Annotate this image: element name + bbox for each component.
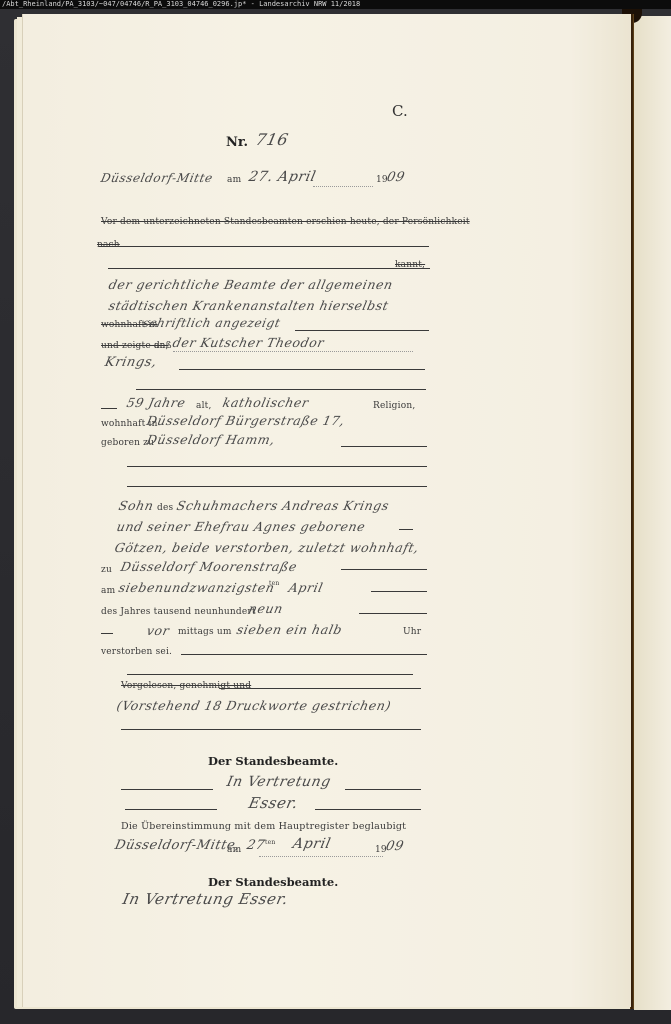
signature-line-1: In Vertretung xyxy=(225,774,332,790)
date-dotted-line xyxy=(313,186,373,187)
parents-sohn: Sohn xyxy=(117,498,155,513)
deceased-line-2: Krings, xyxy=(103,355,158,370)
standesbeamte-heading-2: Der Standesbeamte. xyxy=(208,875,338,889)
birthplace-value: Düsseldorf Hamm, xyxy=(145,432,276,447)
verstorben-label: verstorben sei. xyxy=(101,647,172,657)
death-day-suffix: ten xyxy=(269,580,279,587)
rule-line xyxy=(295,330,429,331)
section-letter: C. xyxy=(392,102,408,120)
death-place: Düsseldorf Moorenstraße xyxy=(119,559,298,574)
religion-value: katholischer xyxy=(221,395,310,410)
rule-line xyxy=(181,654,427,655)
cert-year-suffix: 09 xyxy=(384,839,405,854)
rule-line xyxy=(99,246,429,247)
record-number-label: Nr. xyxy=(226,135,248,150)
register-page: C. Nr. 716 Düsseldorf-Mitte am 27. April… xyxy=(22,14,631,1007)
rule-line xyxy=(127,674,413,675)
intro-struck-text: Vor dem unterzeichneten Standesbeamten e… xyxy=(101,217,470,227)
death-day: siebenundzwanzigsten xyxy=(117,580,276,595)
rule-line xyxy=(359,613,427,614)
cert-day-suffix: ten xyxy=(265,839,275,846)
kannt-struck: kannt, xyxy=(395,260,425,270)
cert-month: April xyxy=(291,836,332,852)
rule-line xyxy=(341,569,427,570)
uhr-label: Uhr xyxy=(403,627,421,637)
rule-line xyxy=(371,591,427,592)
mittags-label: mittags um xyxy=(178,627,232,637)
parents-line-2: und seiner Ehefrau Agnes geborene xyxy=(115,519,367,534)
date-value: 27. April xyxy=(247,169,317,185)
rule-line xyxy=(136,389,426,390)
dass-label: daß xyxy=(154,341,172,351)
rule-line xyxy=(121,789,213,790)
rule-line xyxy=(345,789,421,790)
vormittags-prefix: vor xyxy=(145,623,171,638)
dash xyxy=(399,529,413,530)
des-label: des xyxy=(157,503,173,513)
deceased-line-1: der Kutscher Theodor xyxy=(171,335,325,350)
dotted-line xyxy=(173,351,413,352)
certification-text: Die Übereinstimmung mit dem Hauptregiste… xyxy=(121,821,406,832)
rule-line xyxy=(125,809,217,810)
rule-line xyxy=(315,809,421,810)
jahres-label: des Jahres tausend neunhundert xyxy=(101,607,256,617)
informant-line-3: schriftlich angezeigt xyxy=(142,316,282,330)
informant-line-2: städtischen Krankenanstalten hierselbst xyxy=(107,298,390,313)
death-month: April xyxy=(287,580,324,595)
residence-value: Düsseldorf Bürgerstraße 17, xyxy=(145,413,346,428)
rule-line xyxy=(219,688,421,689)
record-number-value: 716 xyxy=(254,130,290,149)
standesbeamte-heading: Der Standesbeamte. xyxy=(208,754,338,768)
cert-day: 27 xyxy=(245,838,266,853)
rule-line xyxy=(127,466,427,467)
am-label-2: am xyxy=(101,586,115,596)
rule-line xyxy=(179,369,425,370)
zu-label: zu xyxy=(101,565,112,575)
death-time: sieben ein halb xyxy=(235,622,343,637)
death-year-words: neun xyxy=(247,601,284,616)
nach-struck: nach xyxy=(97,240,120,250)
dotted-line xyxy=(259,856,383,857)
remark: (Vorstehend 18 Druckworte gestrichen) xyxy=(115,698,392,713)
alt-label: alt, xyxy=(196,401,212,411)
cert-signature: In Vertretung Esser. xyxy=(121,890,290,908)
dash xyxy=(101,633,113,634)
parents-line-3: Götzen, beide verstorben, zuletzt wohnha… xyxy=(113,540,420,555)
cert-place: Düsseldorf-Mitte, xyxy=(113,838,241,853)
window-title: /Abt_Rheinland/PA_3103/~047/04746/R_PA_3… xyxy=(0,0,671,9)
religion-label: Religion, xyxy=(373,401,415,411)
informant-line-1: der gerichtliche Beamte der allgemeinen xyxy=(107,277,394,292)
rule-line xyxy=(121,729,421,730)
rule-line xyxy=(341,446,427,447)
place-value: Düsseldorf-Mitte xyxy=(100,171,215,185)
vorgelesen-struck: Vorgelesen, genehmigt und xyxy=(121,681,251,691)
dash xyxy=(101,408,117,409)
rule-line xyxy=(108,268,430,269)
parents-line-1: Schuhmachers Andreas Krings xyxy=(175,498,390,513)
facing-page-edge xyxy=(634,16,671,1010)
rule-line xyxy=(127,486,427,487)
am-label: am xyxy=(227,175,241,185)
year-suffix: 09 xyxy=(385,170,406,185)
signature-line-2: Esser. xyxy=(247,794,300,812)
cert-am-label: am xyxy=(227,845,241,855)
age-value: 59 Jahre xyxy=(125,395,187,410)
